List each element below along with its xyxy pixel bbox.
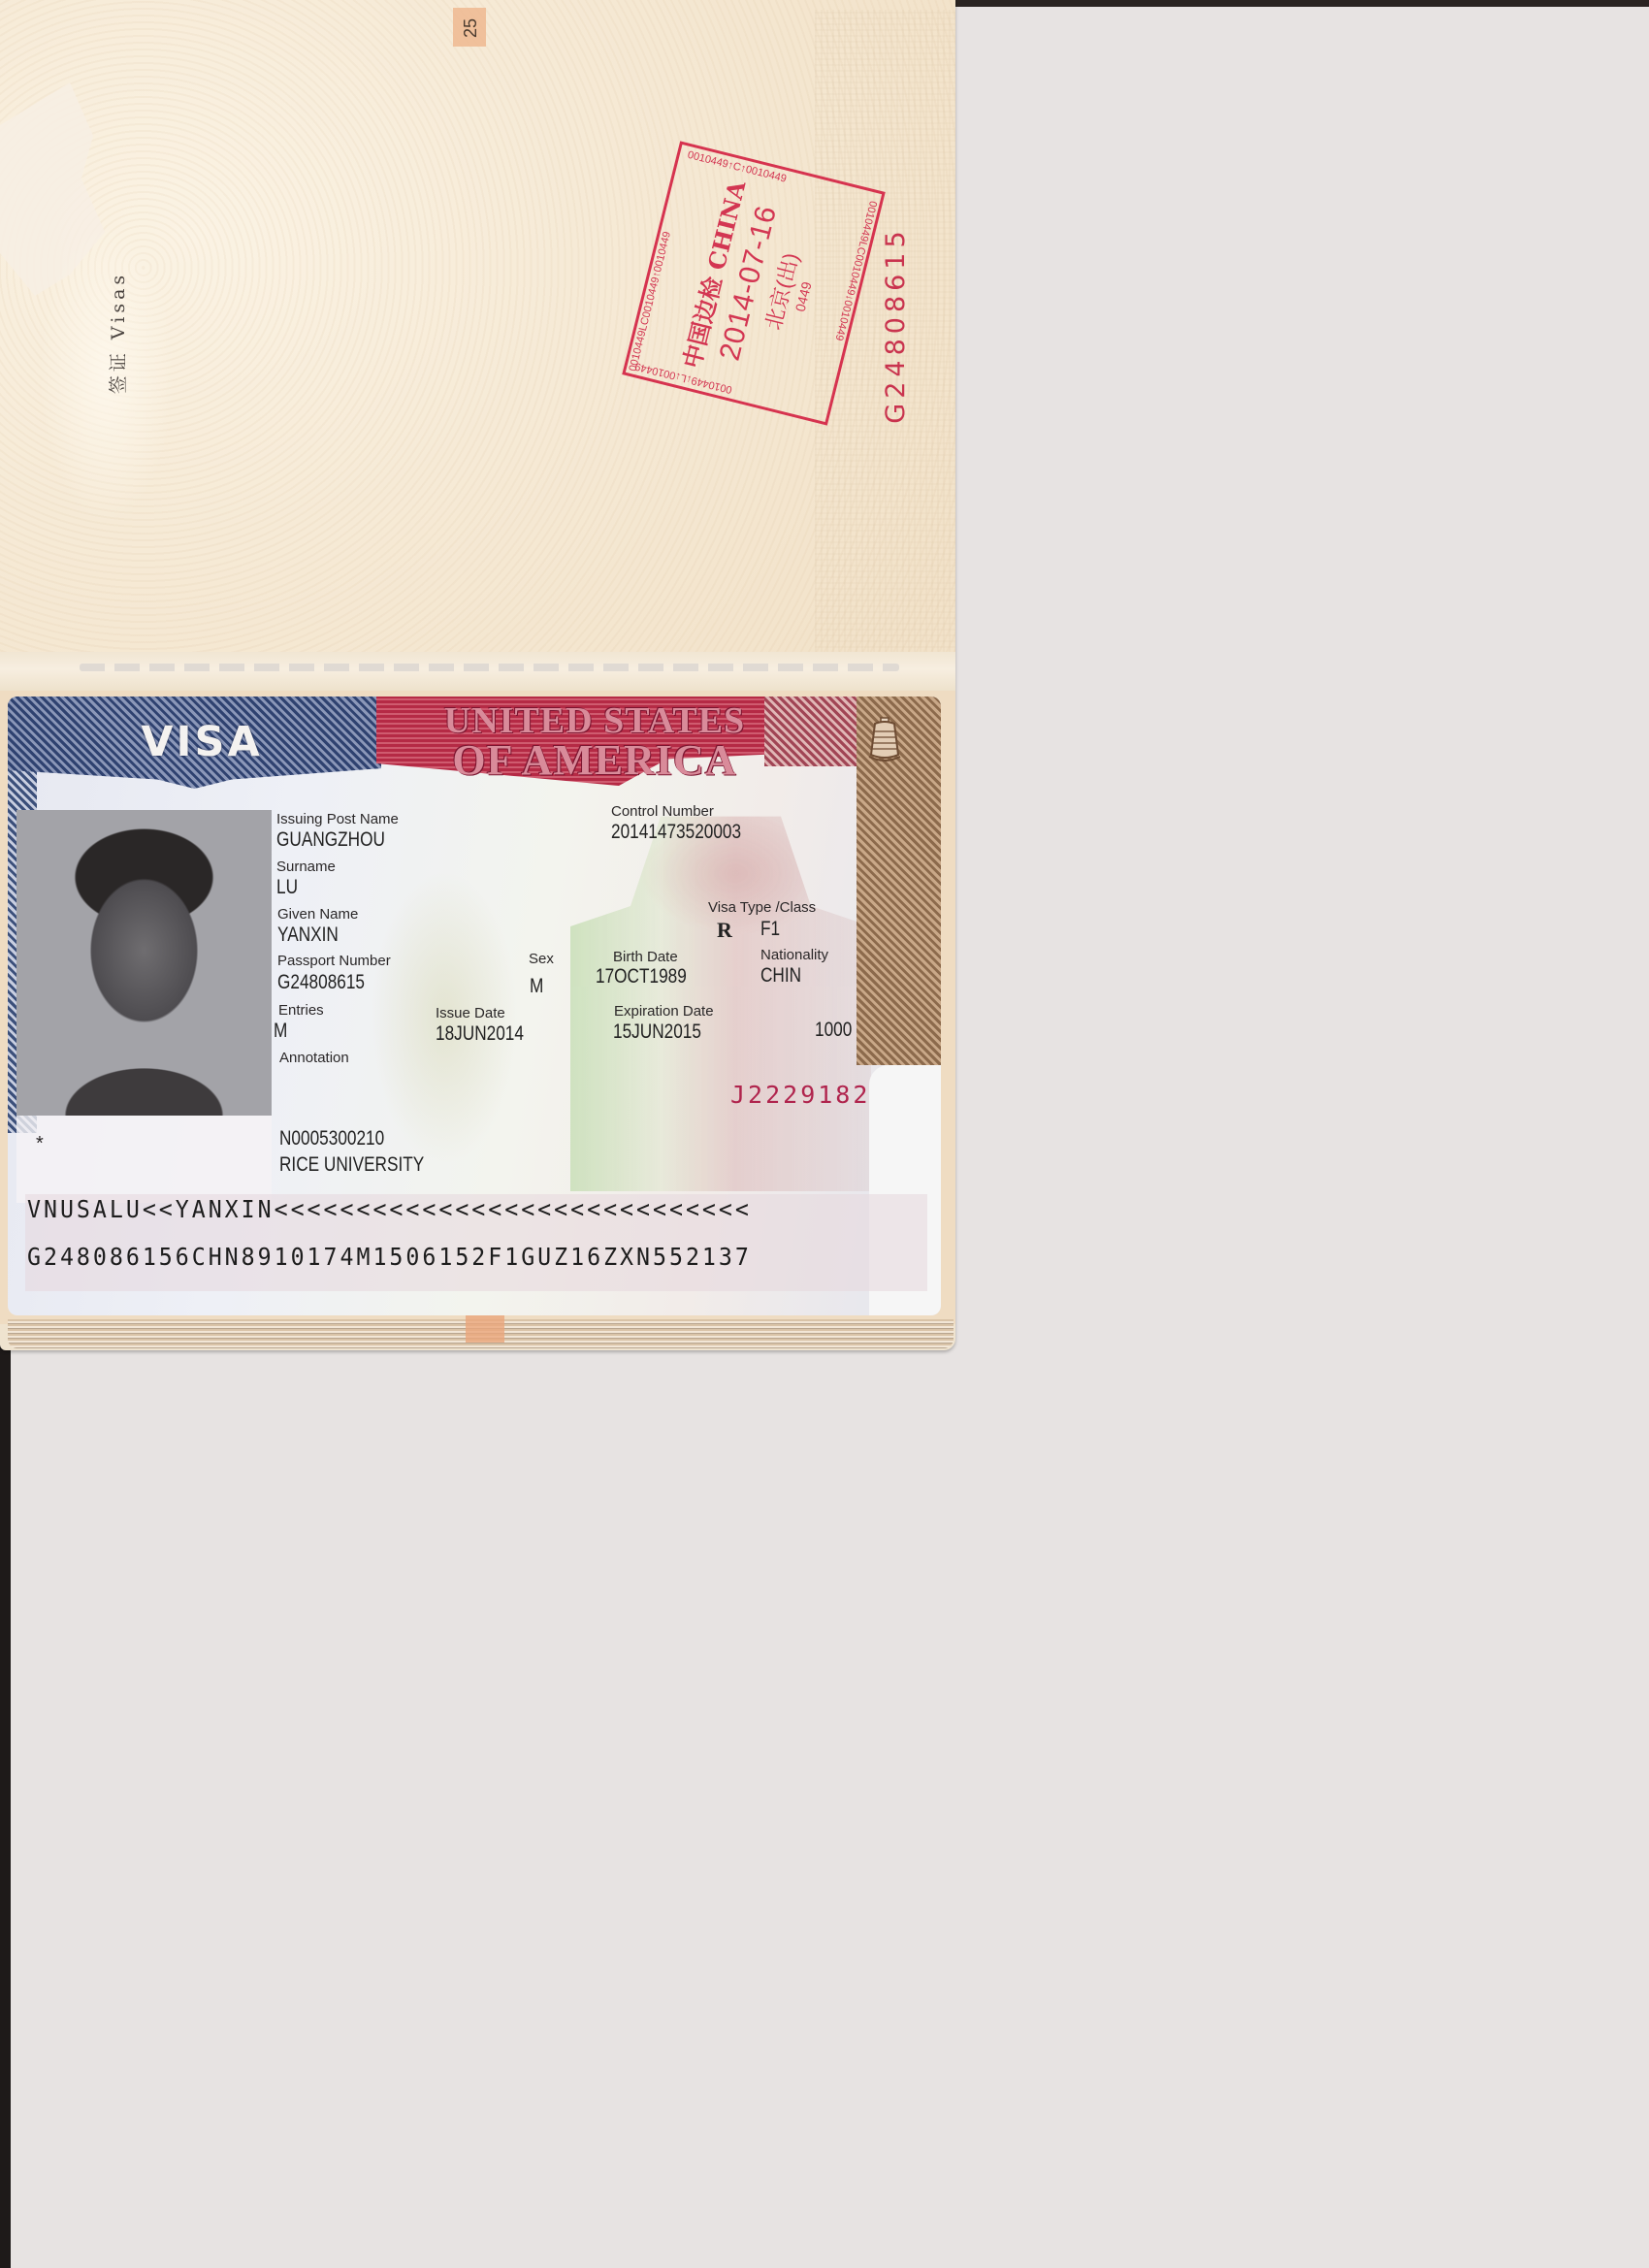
visa-class-value: F1 bbox=[760, 918, 780, 941]
page-edge-tab bbox=[466, 1312, 504, 1343]
entries-value: M bbox=[274, 1020, 287, 1043]
given-name-value: YANXIN bbox=[277, 923, 339, 947]
holder-photo bbox=[16, 810, 272, 1116]
stamp-content: 中国边检 CHINA 2014-07-16 北京(出) 0449 bbox=[637, 179, 870, 389]
surname-label: Surname bbox=[276, 859, 336, 875]
issuing-post-value: GUANGZHOU bbox=[276, 828, 385, 852]
mrz-line-1: VNUSALU<<YANXIN<<<<<<<<<<<<<<<<<<<<<<<<<… bbox=[27, 1195, 752, 1223]
visa-foil-number: J2229182 bbox=[730, 1081, 870, 1109]
nationality-label: Nationality bbox=[760, 947, 828, 963]
annotation-line-1: N0005300210 bbox=[279, 1127, 384, 1150]
surname-value: LU bbox=[276, 876, 298, 899]
asterisk-mark: * bbox=[36, 1133, 44, 1155]
passport-serial-number: G24808615 bbox=[881, 213, 914, 437]
expiration-date-value: 15JUN2015 bbox=[613, 1021, 701, 1044]
given-name-label: Given Name bbox=[277, 906, 358, 923]
entries-label: Entries bbox=[278, 1002, 324, 1019]
passport-number-value: G24808615 bbox=[277, 971, 365, 994]
birth-date-value: 17OCT1989 bbox=[596, 965, 687, 988]
scanner-left-edge bbox=[0, 1344, 11, 2268]
nationality-value: CHIN bbox=[760, 964, 801, 988]
scanner-top-edge bbox=[939, 0, 1649, 7]
birth-date-label: Birth Date bbox=[613, 949, 678, 965]
sex-label: Sex bbox=[529, 951, 554, 967]
passport-number-label: Passport Number bbox=[277, 953, 391, 969]
mrz-line-2: G248086156CHN8910174M1506152F1GUZ16ZXN55… bbox=[27, 1243, 752, 1271]
us-visa-foil: VISA UNITED STATES OF AMERICA Issuing Po… bbox=[8, 697, 941, 1315]
visa-type-value: R bbox=[717, 918, 732, 943]
issue-date-label: Issue Date bbox=[436, 1005, 505, 1021]
annotation-label: Annotation bbox=[279, 1050, 349, 1066]
issue-date-value: 18JUN2014 bbox=[436, 1022, 524, 1046]
control-number-value: 20141473520003 bbox=[611, 821, 741, 844]
country-title: UNITED STATES OF AMERICA bbox=[391, 702, 798, 790]
country-title-line2: OF AMERICA bbox=[391, 739, 798, 782]
control-number-label: Control Number bbox=[611, 803, 714, 820]
liberty-bell-icon bbox=[863, 714, 906, 768]
expiration-date-label: Expiration Date bbox=[614, 1003, 714, 1020]
issuing-post-label: Issuing Post Name bbox=[276, 811, 399, 827]
page-fold bbox=[0, 652, 955, 691]
sex-value: M bbox=[530, 975, 543, 998]
code-1000: 1000 bbox=[815, 1019, 852, 1042]
country-title-line1: UNITED STATES bbox=[391, 702, 798, 739]
photo-lower-area bbox=[16, 1116, 272, 1203]
page-number: 25 bbox=[456, 14, 485, 43]
binding-stitching bbox=[80, 664, 899, 671]
visas-page-label: 签证 Visas bbox=[104, 236, 129, 430]
visa-title: VISA bbox=[105, 718, 299, 766]
visa-type-class-label: Visa Type /Class bbox=[708, 899, 816, 916]
passport-booklet: 25 签证 Visas 0010449↑C↑0010449 0010449↓L↓… bbox=[0, 0, 955, 1350]
annotation-line-2: RICE UNIVERSITY bbox=[279, 1153, 424, 1177]
